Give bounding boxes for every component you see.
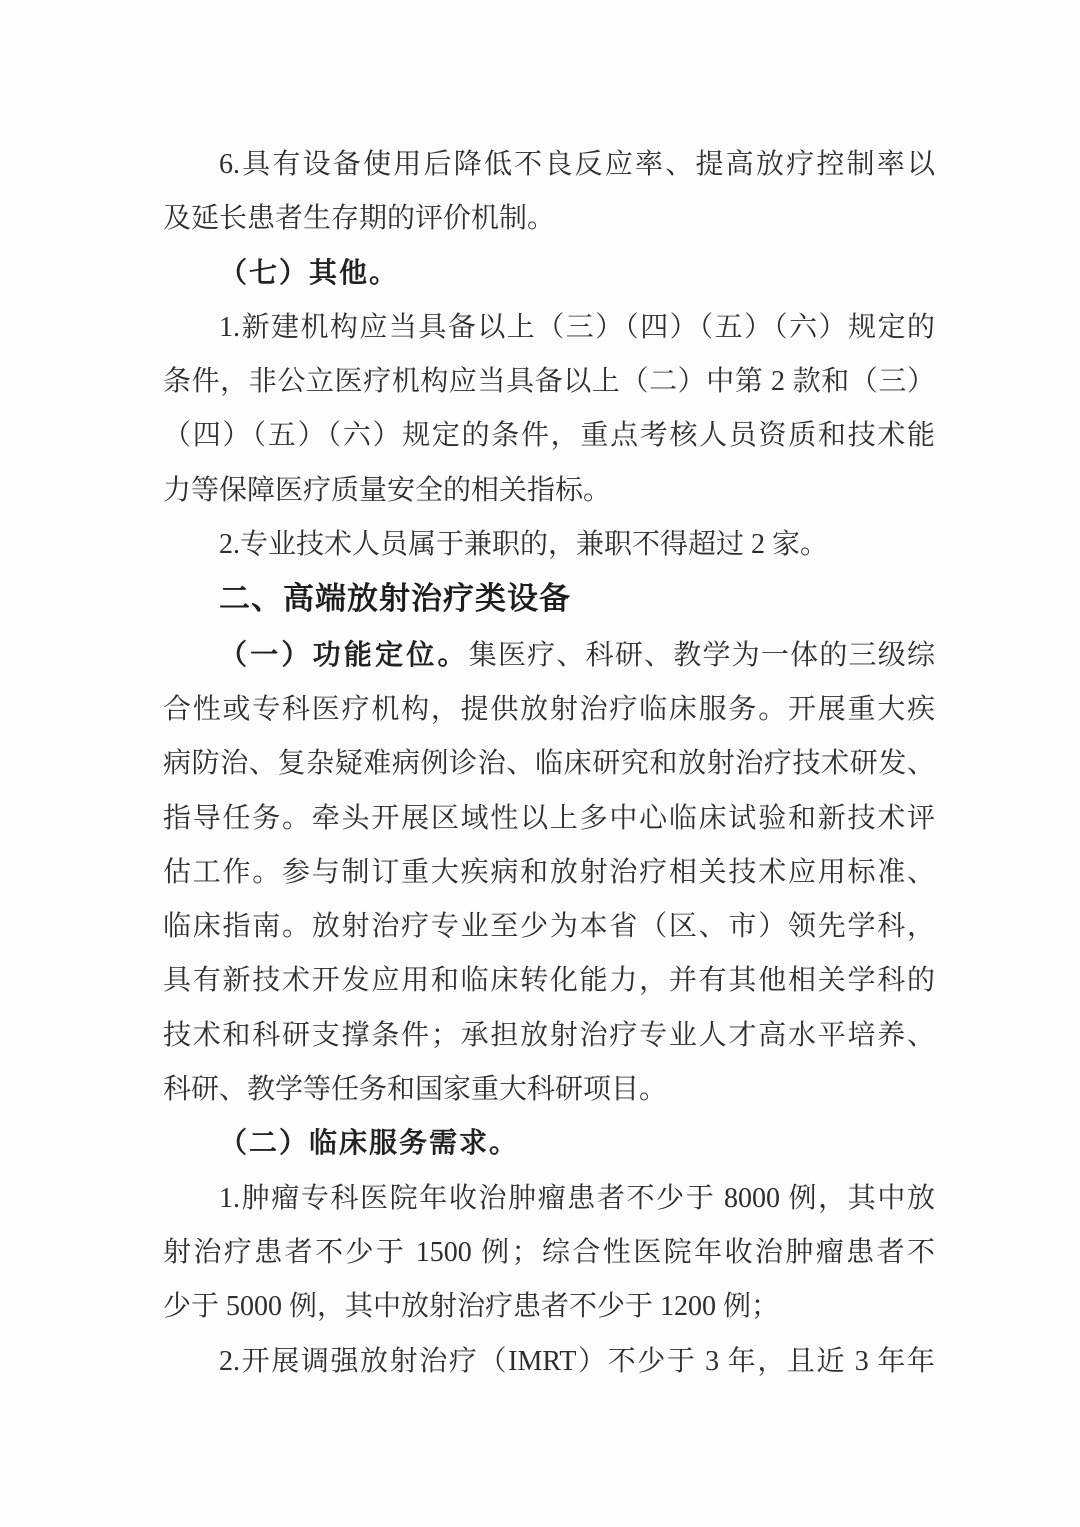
section-heading-text: 二、高端放射治疗类设备 (219, 581, 571, 616)
document-body: 6.具有设备使用后降低不良反应率、提高放疗控制率以及延长患者生存期的评价机制。（… (163, 138, 935, 1389)
text-line: 技术和科研支撑条件；承担放射治疗专业人才高水平培养、 (163, 1009, 935, 1063)
subheading-text: （二）临床服务需求。 (219, 1128, 519, 1159)
body-text-run: 病防治、复杂疑难病例诊治、临床研究和放射治疗技术研发、 (163, 748, 935, 779)
body-text-run: 条件，非公立医疗机构应当具备以上（二）中第 2 款和（三） (163, 366, 935, 397)
text-line: 1.肿瘤专科医院年收治肿瘤患者不少于 8000 例，其中放 (163, 1172, 935, 1226)
text-line: （一）功能定位。集医疗、科研、教学为一体的三级综 (163, 629, 935, 683)
subheading-text: （七）其他。 (219, 258, 399, 289)
body-text-run: 科研、教学等任务和国家重大科研项目。 (163, 1074, 667, 1105)
text-line: 6.具有设备使用后降低不良反应率、提高放疗控制率以 (163, 138, 935, 192)
text-line: 临床指南。放射治疗专业至少为本省（区、市）领先学科， (163, 900, 935, 954)
text-line: （七）其他。 (163, 247, 935, 301)
body-text-run: 指导任务。牵头开展区域性以上多中心临床试验和新技术评 (163, 803, 935, 834)
text-line: 合性或专科医疗机构，提供放射治疗临床服务。开展重大疾 (163, 683, 935, 737)
body-text-run: 合性或专科医疗机构，提供放射治疗临床服务。开展重大疾 (163, 694, 935, 725)
text-line: 1.新建机构应当具备以上（三）（四）（五）（六）规定的 (163, 301, 935, 355)
body-text-run: 6.具有设备使用后降低不良反应率、提高放疗控制率以 (219, 149, 935, 180)
body-text-run: 技术和科研支撑条件；承担放射治疗专业人才高水平培养、 (163, 1020, 935, 1051)
body-text-run: 估工作。参与制订重大疾病和放射治疗相关技术应用标准、 (163, 857, 935, 888)
body-text-run: 2.专业技术人员属于兼职的，兼职不得超过 2 家。 (219, 529, 828, 560)
text-line: 及延长患者生存期的评价机制。 (163, 192, 935, 246)
text-line: 射治疗患者不少于 1500 例；综合性医院年收治肿瘤患者不 (163, 1226, 935, 1280)
text-line: 具有新技术开发应用和临床转化能力，并有其他相关学科的 (163, 954, 935, 1008)
body-text-run: 集医疗、科研、教学为一体的三级综 (469, 640, 935, 671)
subheading-text: （一）功能定位。 (219, 640, 469, 671)
document-page: 6.具有设备使用后降低不良反应率、提高放疗控制率以及延长患者生存期的评价机制。（… (0, 0, 1080, 1527)
text-line: 2.专业技术人员属于兼职的，兼职不得超过 2 家。 (163, 518, 935, 572)
text-line: 2.开展调强放射治疗（IMRT）不少于 3 年，且近 3 年年 (163, 1335, 935, 1389)
body-text-run: 2.开展调强放射治疗（IMRT）不少于 3 年，且近 3 年年 (219, 1346, 935, 1377)
text-line: 少于 5000 例，其中放射治疗患者不少于 1200 例； (163, 1280, 935, 1334)
body-text-run: （四）（五）（六）规定的条件，重点考核人员资质和技术能 (163, 420, 935, 451)
body-text-run: 具有新技术开发应用和临床转化能力，并有其他相关学科的 (163, 965, 935, 996)
text-line: 指导任务。牵头开展区域性以上多中心临床试验和新技术评 (163, 792, 935, 846)
body-text-run: 及延长患者生存期的评价机制。 (163, 203, 555, 234)
body-text-run: 1.新建机构应当具备以上（三）（四）（五）（六）规定的 (219, 312, 935, 343)
body-text-run: 力等保障医疗质量安全的相关指标。 (163, 475, 611, 506)
text-line: （四）（五）（六）规定的条件，重点考核人员资质和技术能 (163, 409, 935, 463)
body-text-run: 临床指南。放射治疗专业至少为本省（区、市）领先学科， (163, 911, 935, 942)
body-text-run: 1.肿瘤专科医院年收治肿瘤患者不少于 8000 例，其中放 (219, 1183, 935, 1214)
text-line: 估工作。参与制订重大疾病和放射治疗相关技术应用标准、 (163, 846, 935, 900)
text-line: （二）临床服务需求。 (163, 1117, 935, 1171)
text-line: 病防治、复杂疑难病例诊治、临床研究和放射治疗技术研发、 (163, 737, 935, 791)
text-line: 二、高端放射治疗类设备 (163, 572, 935, 628)
text-line: 条件，非公立医疗机构应当具备以上（二）中第 2 款和（三） (163, 355, 935, 409)
body-text-run: 射治疗患者不少于 1500 例；综合性医院年收治肿瘤患者不 (163, 1237, 935, 1268)
text-line: 力等保障医疗质量安全的相关指标。 (163, 464, 935, 518)
text-line: 科研、教学等任务和国家重大科研项目。 (163, 1063, 935, 1117)
body-text-run: 少于 5000 例，其中放射治疗患者不少于 1200 例； (163, 1291, 779, 1322)
